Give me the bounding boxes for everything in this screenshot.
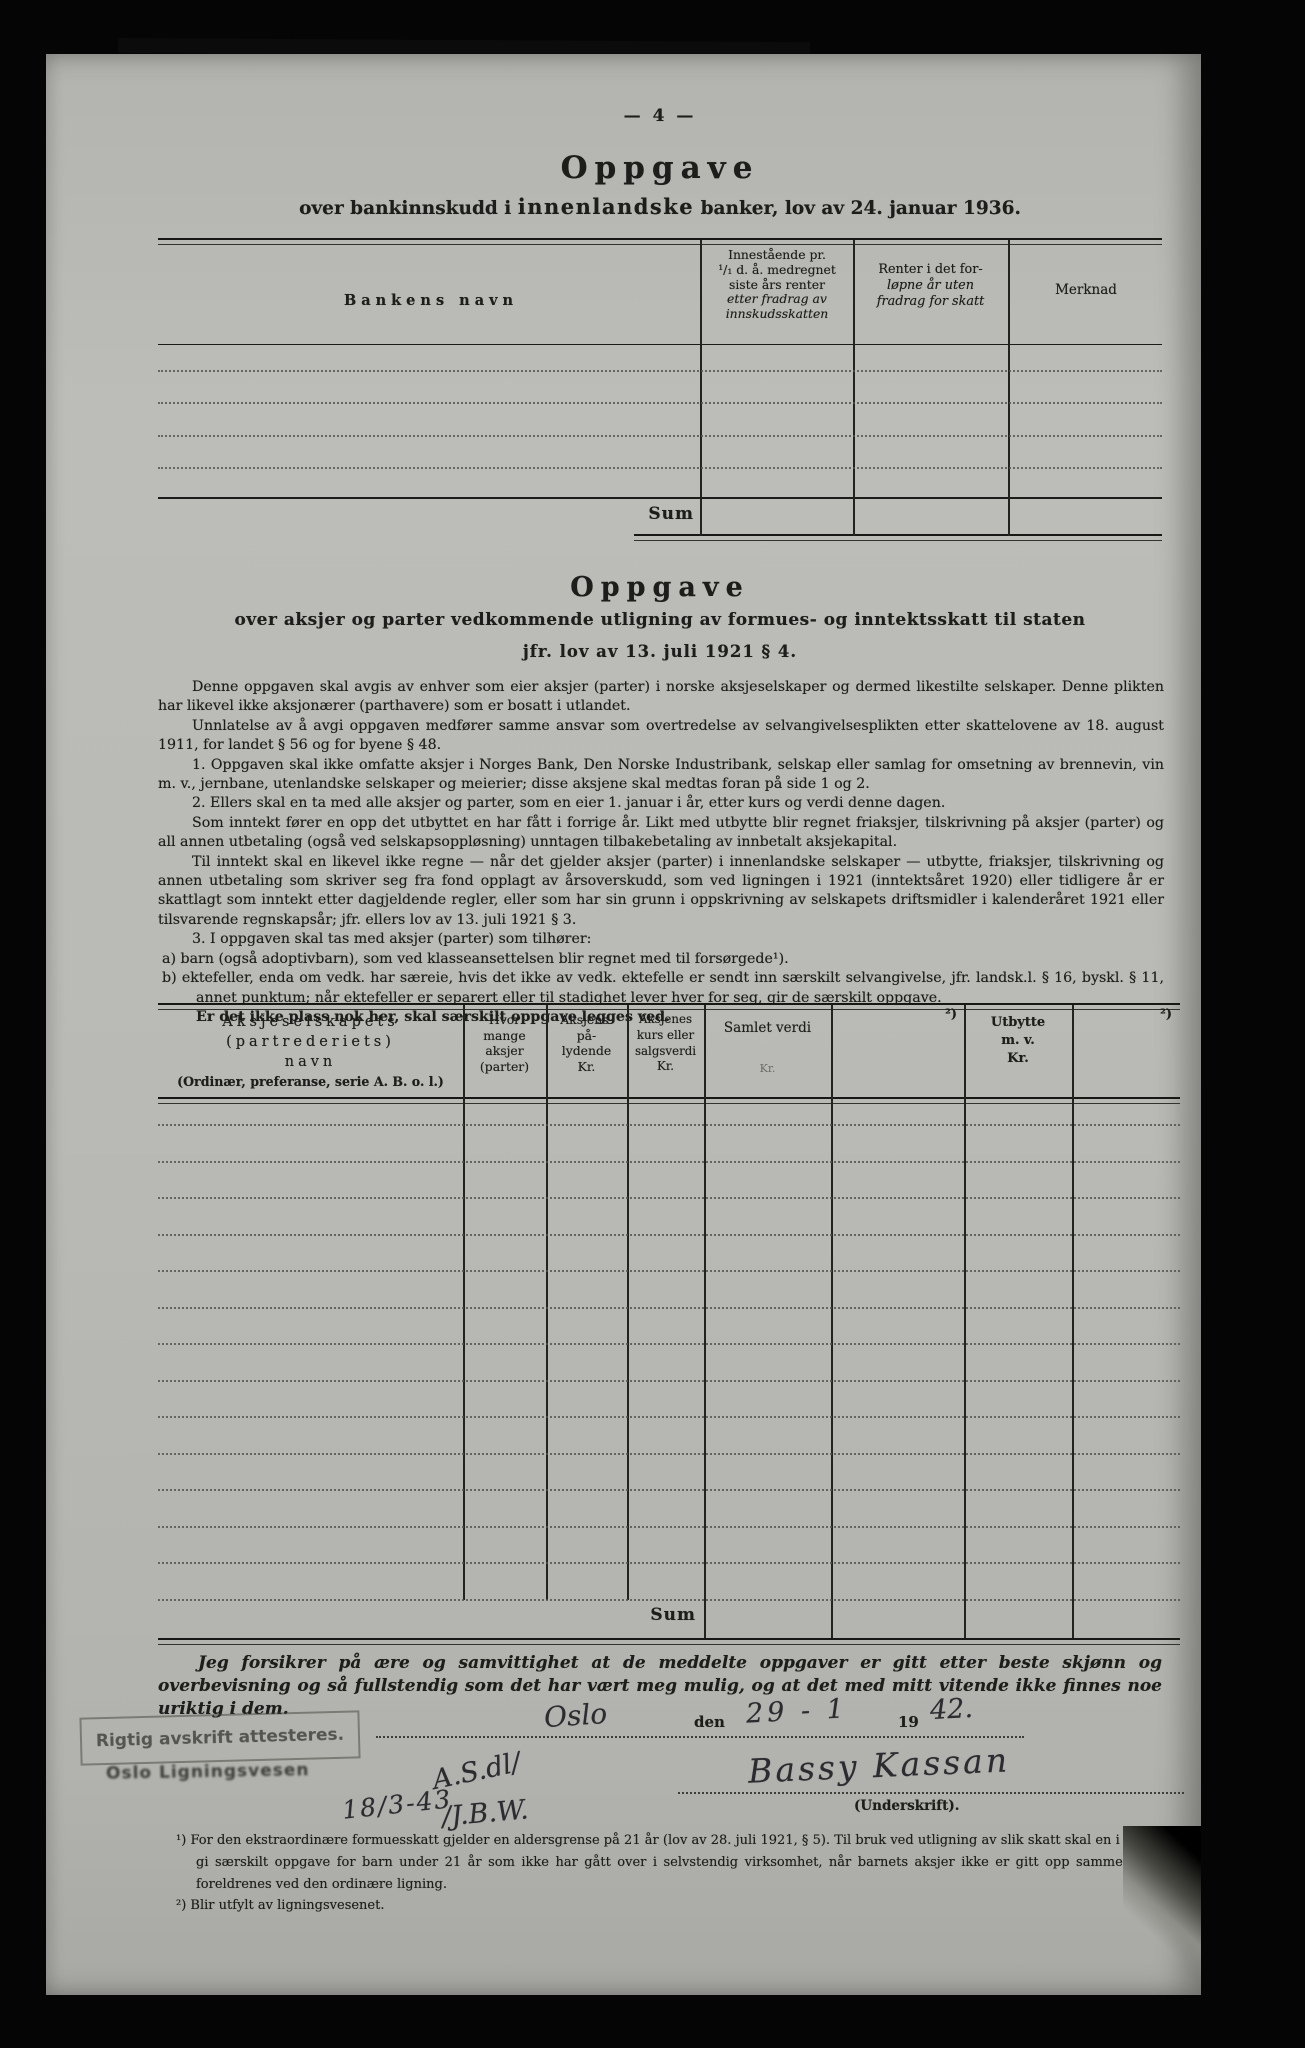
bank-table-top-rule <box>158 238 1162 245</box>
attestation-stamp: Rigtig avskrift attesteres. <box>79 1710 360 1765</box>
deposit-column-header: Innestående pr. ¹/₁ d. å. medregnet sist… <box>702 248 852 292</box>
authority-note-column-2: ²) <box>1072 1007 1172 1022</box>
empty-row-line <box>158 1270 1180 1272</box>
company-name-column-subheader: (Ordinær, preferanse, serie A. B. o. l.) <box>158 1074 463 1089</box>
empty-row-line <box>158 1562 1180 1564</box>
empty-row-line <box>158 1234 1180 1236</box>
date-handwritten: 29 - 1 <box>745 1693 848 1729</box>
interest-header-line1: Renter i det for- <box>878 262 982 277</box>
year-handwritten: 42. <box>929 1693 974 1726</box>
bank-table-sum-rule <box>634 534 1162 541</box>
section1-subtitle-post: banker, lov av 24. januar 1936. <box>694 198 1021 219</box>
interest-header-line3: fradrag for skatt <box>877 294 985 309</box>
footnote: ²) Blir utfylt av ligningsvesenet. <box>158 1895 1166 1917</box>
bank-table-header-rule <box>158 344 1162 345</box>
underskrift-label: (Underskrift). <box>854 1798 959 1814</box>
bank-name-column-header: Bankens navn <box>196 292 666 309</box>
company-name-column-header: Aksjeselskapets (partrederiets) navn <box>158 1012 463 1072</box>
shares-table-vline-2 <box>546 1005 548 1600</box>
signature-underline <box>678 1770 1184 1794</box>
total-value-column-header: Samlet verdi <box>706 1020 829 1036</box>
section1-title: Oppgave <box>158 150 1162 186</box>
authority-note-column-1: ²) <box>831 1007 957 1022</box>
share-count-column-header: Hvor mange aksjer (parter) <box>465 1012 544 1074</box>
empty-row-line <box>158 402 1162 404</box>
shares-table-bottom-rule <box>158 1638 1180 1645</box>
scanned-document-page: — 4 — Oppgave over bankinnskudd i innenl… <box>0 0 1305 2048</box>
year-printed: 19 <box>898 1713 919 1731</box>
folded-corner <box>1123 1826 1201 1995</box>
clerk-initials-1: A.S.dl/ <box>430 1747 524 1796</box>
empty-row-line <box>158 1526 1180 1528</box>
empty-row-line <box>158 1197 1180 1199</box>
empty-row-line <box>158 1453 1180 1455</box>
instruction-paragraph: 2. Ellers skal en ta med alle aksjer og … <box>158 794 1164 813</box>
section1-subtitle-emphasis: innenlandske <box>518 194 694 219</box>
section1-subtitle-pre: over bankinnskudd i <box>299 198 518 219</box>
shares-table-vline-4 <box>704 1005 706 1638</box>
shares-table-vline-7 <box>1072 1005 1074 1638</box>
shares-table-vline-1 <box>463 1005 465 1600</box>
total-value-column-subheader: Kr. <box>706 1062 829 1075</box>
empty-row-line <box>158 1124 1180 1126</box>
empty-row-line <box>158 1380 1180 1382</box>
empty-row-line <box>158 467 1162 469</box>
shares-table-vline-6 <box>964 1005 966 1638</box>
section2-subtitle1: over aksjer og parter vedkommende utlign… <box>158 610 1162 630</box>
instruction-paragraph: a) barn (også adoptivbarn), som ved klas… <box>158 950 1164 969</box>
bank-table-sum-label: Sum <box>536 504 694 524</box>
dividend-column-header: Utbytte m. v. Kr. <box>966 1014 1070 1068</box>
section2-subtitle2: jfr. lov av 13. juli 1921 § 4. <box>158 642 1162 661</box>
shares-table-vline-5 <box>831 1005 833 1638</box>
bank-table-body-bottom-rule <box>158 497 1162 499</box>
instruction-paragraph: Som inntekt fører en opp det utbyttet en… <box>158 814 1164 853</box>
shares-table-top-rule <box>158 1003 1180 1010</box>
footnotes: ¹) For den ekstraordinære formuesskatt g… <box>158 1830 1166 1917</box>
nominal-value-column-header: Aksjens- på- lydende Kr. <box>548 1012 625 1074</box>
instruction-paragraph: Unnlatelse av å avgi oppgaven medfører s… <box>158 717 1164 756</box>
market-value-column-header: Aksjenes kurs eller salgsverdi Kr. <box>629 1012 702 1075</box>
shares-table-sum-label: Sum <box>540 1605 696 1625</box>
instruction-paragraph: Denne oppgaven skal avgis av enhver som … <box>158 678 1164 717</box>
empty-row-line <box>158 1343 1180 1345</box>
interest-header-line2: løpne år uten <box>887 278 974 293</box>
attestation-stamp-text: Rigtig avskrift attesteres. <box>96 1725 345 1751</box>
den-label: den <box>694 1713 725 1731</box>
declaration-text: Jeg forsikrer på ære og samvittighet at … <box>158 1652 1162 1721</box>
instruction-paragraph: Til inntekt skal en likevel ikke regne —… <box>158 853 1164 931</box>
empty-row-line <box>158 1161 1180 1163</box>
empty-row-line <box>158 435 1162 437</box>
page-number: — 4 — <box>158 106 1162 126</box>
place-handwritten: Oslo <box>543 1697 608 1734</box>
instructions-text: Denne oppgaven skal avgis av enhver som … <box>158 678 1164 1027</box>
clerk-initials-2: /J.B.W. <box>441 1794 530 1832</box>
shares-table-vline-3 <box>627 1005 629 1600</box>
stamp-office-text: Oslo Ligningsvesen <box>106 1760 310 1784</box>
empty-row-line <box>158 1416 1180 1418</box>
instruction-paragraph: 1. Oppgaven skal ikke omfatte aksjer i N… <box>158 756 1164 795</box>
instruction-paragraph: 3. I oppgaven skal tas med aksjer (parte… <box>158 930 1164 949</box>
footnote: ¹) For den ekstraordinære formuesskatt g… <box>158 1830 1166 1895</box>
section1-subtitle: over bankinnskudd i innenlandske banker,… <box>158 194 1162 219</box>
interest-column-header: Renter i det for- løpne år uten fradrag … <box>855 262 1006 310</box>
shares-table-header-rule <box>158 1097 1180 1104</box>
empty-row-line <box>158 1489 1180 1491</box>
paper-sheet: — 4 — Oppgave over bankinnskudd i innenl… <box>46 54 1201 1995</box>
empty-row-line <box>158 1307 1180 1309</box>
deposit-column-header-italic: etter fradrag av innskudsskatten <box>702 292 852 322</box>
section2-title: Oppgave <box>158 572 1162 603</box>
empty-row-line <box>158 1599 1180 1601</box>
remark-column-header: Merknad <box>1010 282 1162 298</box>
empty-row-line <box>158 370 1162 372</box>
